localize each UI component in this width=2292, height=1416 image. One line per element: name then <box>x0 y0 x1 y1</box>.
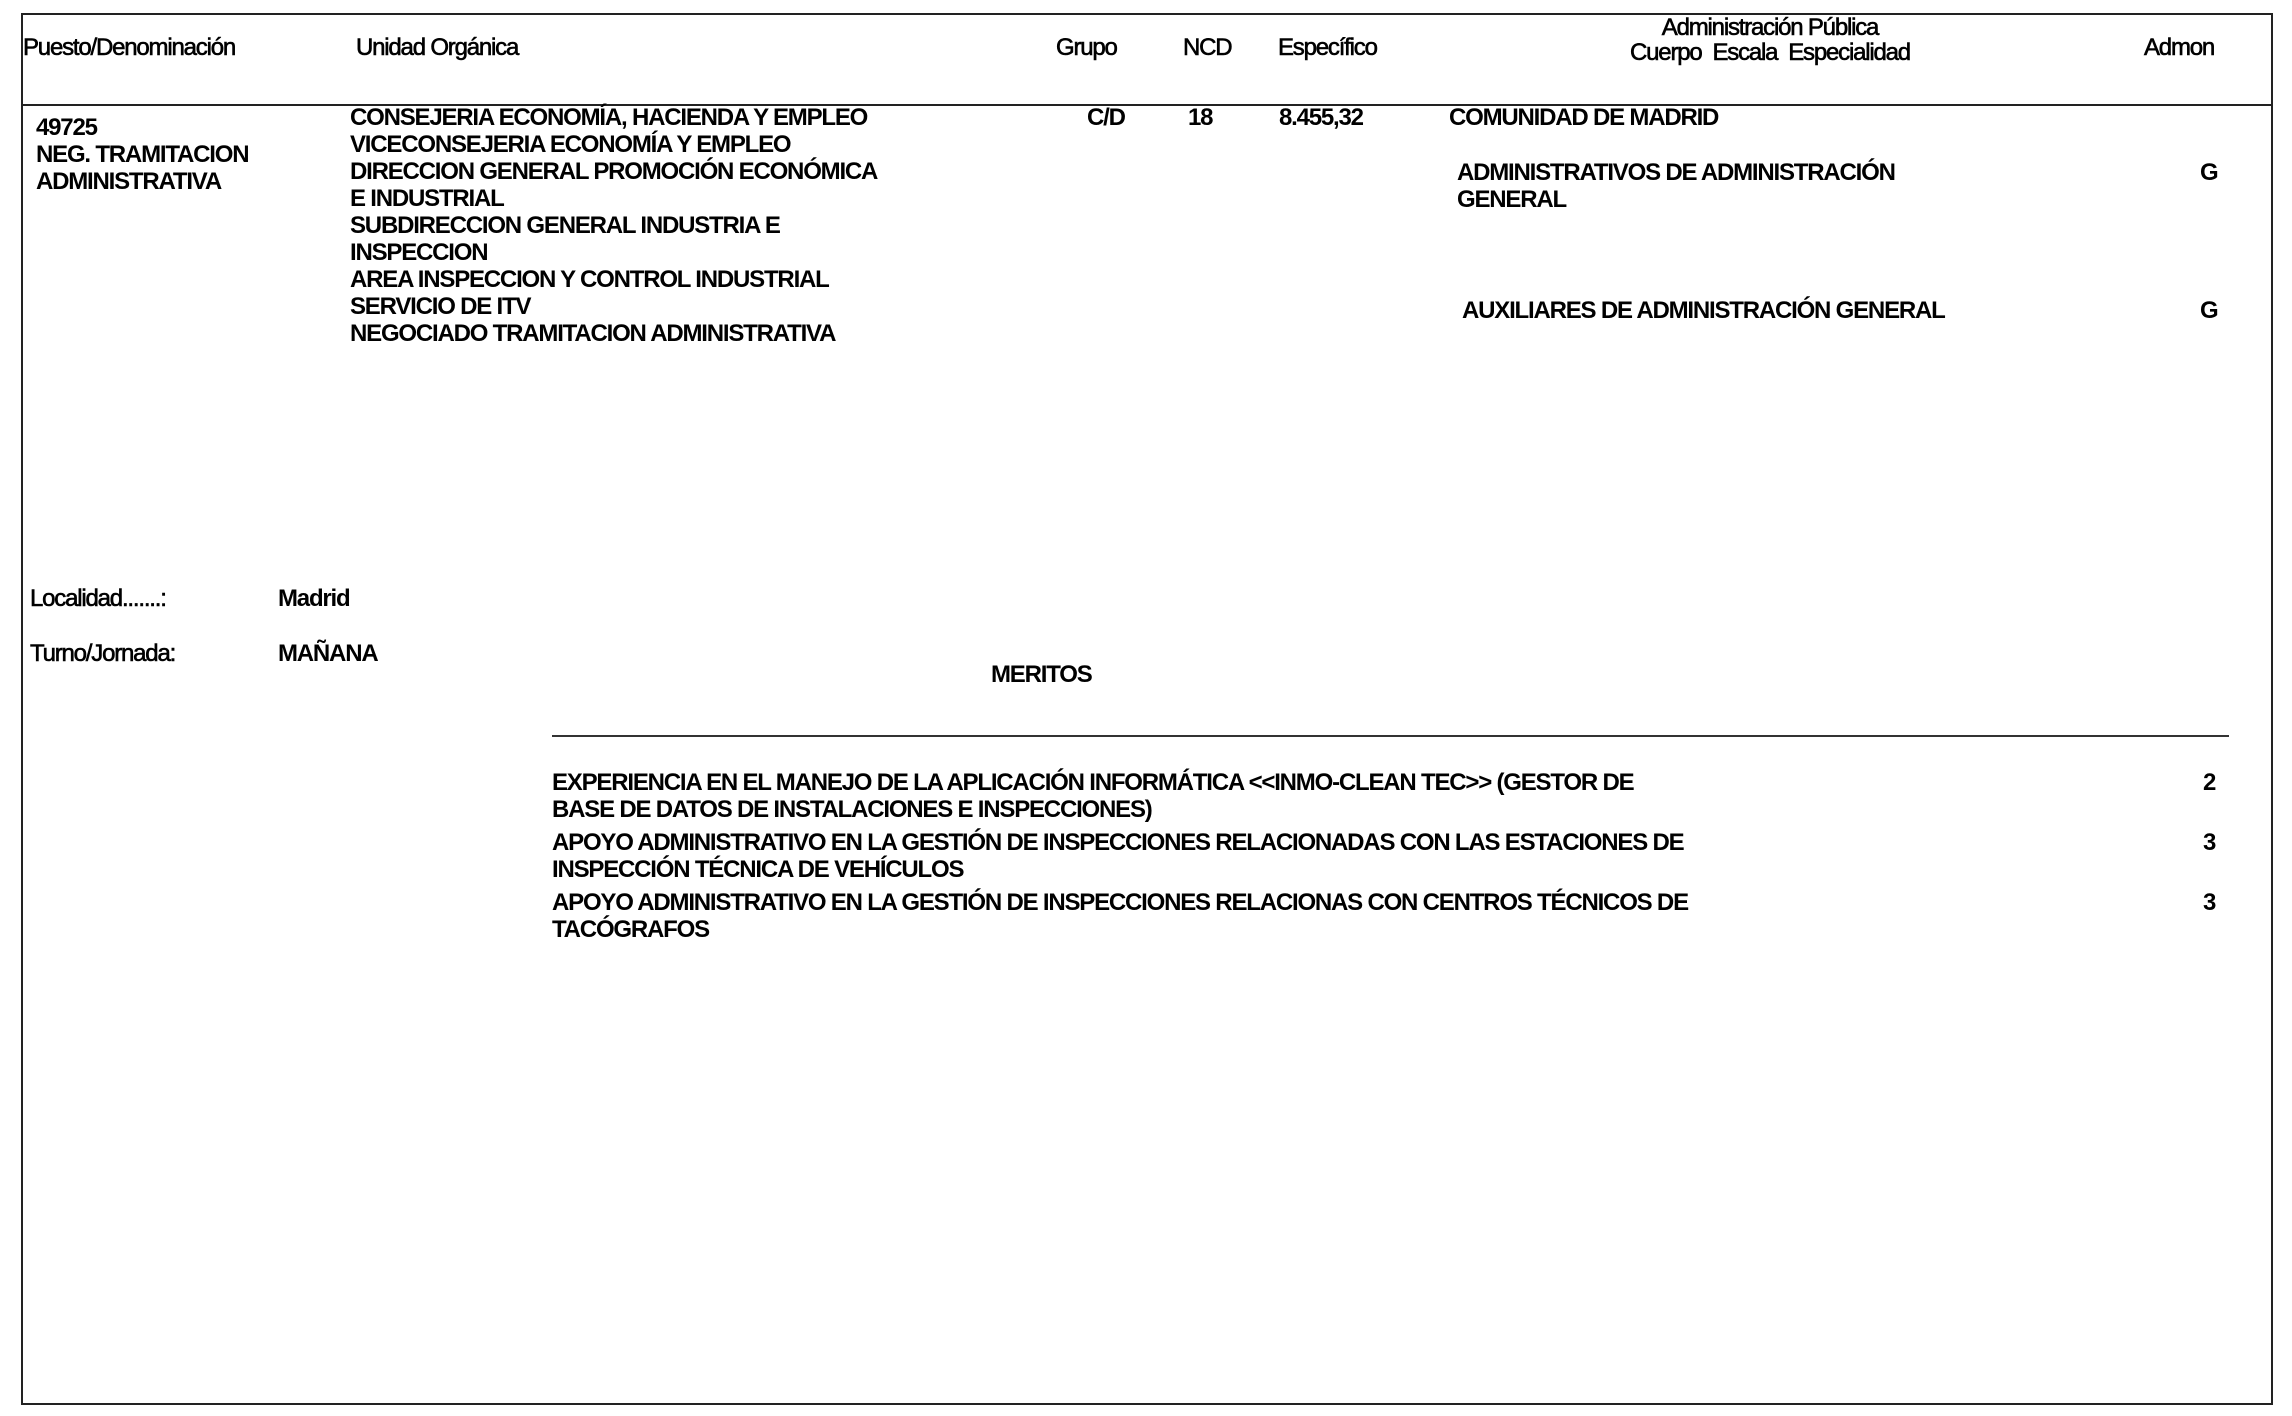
denominacion-line: ADMINISTRATIVA <box>36 168 248 195</box>
header-ncd: NCD <box>1183 34 1231 61</box>
unidad-line: SUBDIRECCION GENERAL INDUSTRIA E <box>350 212 877 239</box>
header-grupo: Grupo <box>1056 34 1117 61</box>
cuerpo-line: GENERAL <box>1457 186 1895 213</box>
unidad-line: E INDUSTRIAL <box>350 185 877 212</box>
puesto-denominacion: NEG. TRAMITACION ADMINISTRATIVA <box>36 141 248 195</box>
merito-puntos: 2 <box>2203 769 2215 796</box>
header-administracion-line2: Cuerpo Escala Especialidad <box>1580 39 1960 66</box>
turno-value: MAÑANA <box>278 640 377 667</box>
merito-line: APOYO ADMINISTRATIVO EN LA GESTIÓN DE IN… <box>552 889 1688 916</box>
unidad-line: DIRECCION GENERAL PROMOCIÓN ECONÓMICA <box>350 158 877 185</box>
merito-item: EXPERIENCIA EN EL MANEJO DE LA APLICACIÓ… <box>552 769 1633 823</box>
especifico-value: 8.455,32 <box>1279 104 1363 131</box>
header-administracion: Administración Pública Cuerpo Escala Esp… <box>1580 14 1960 66</box>
merito-line: APOYO ADMINISTRATIVO EN LA GESTIÓN DE IN… <box>552 829 1683 856</box>
unidad-line: CONSEJERIA ECONOMÍA, HACIENDA Y EMPLEO <box>350 104 877 131</box>
localidad-label: Localidad.......: <box>30 585 166 612</box>
grupo-value: C/D <box>1087 104 1125 131</box>
merito-puntos: 3 <box>2203 889 2215 916</box>
merito-line: TACÓGRAFOS <box>552 916 1688 943</box>
unidad-line: AREA INSPECCION Y CONTROL INDUSTRIAL <box>350 266 877 293</box>
header-administracion-line1: Administración Pública <box>1580 14 1960 41</box>
merito-line: INSPECCIÓN TÉCNICA DE VEHÍCULOS <box>552 856 1683 883</box>
administracion-value: COMUNIDAD DE MADRID <box>1449 104 1718 131</box>
unidad-line: SERVICIO DE ITV <box>350 293 877 320</box>
merito-puntos: 3 <box>2203 829 2215 856</box>
merito-line: BASE DE DATOS DE INSTALACIONES E INSPECC… <box>552 796 1633 823</box>
unidad-line: INSPECCION <box>350 239 877 266</box>
cuerpo-line: ADMINISTRATIVOS DE ADMINISTRACIÓN <box>1457 159 1895 186</box>
ncd-value: 18 <box>1188 104 1212 131</box>
unidad-line: NEGOCIADO TRAMITACION ADMINISTRATIVA <box>350 320 877 347</box>
denominacion-line: NEG. TRAMITACION <box>36 141 248 168</box>
puesto-codigo: 49725 <box>36 114 97 141</box>
meritos-divider <box>552 735 2229 737</box>
cuerpo-2-admon: G <box>2200 297 2217 324</box>
merito-item: APOYO ADMINISTRATIVO EN LA GESTIÓN DE IN… <box>552 889 1688 943</box>
merito-item: APOYO ADMINISTRATIVO EN LA GESTIÓN DE IN… <box>552 829 1683 883</box>
cuerpo-1: ADMINISTRATIVOS DE ADMINISTRACIÓN GENERA… <box>1457 159 1895 213</box>
cuerpo-1-admon: G <box>2200 159 2217 186</box>
header-admon: Admon <box>2144 34 2214 61</box>
localidad-value: Madrid <box>278 585 349 612</box>
header-unidad: Unidad Orgánica <box>356 34 518 61</box>
cuerpo-line: AUXILIARES DE ADMINISTRACIÓN GENERAL <box>1462 297 1945 324</box>
header-especifico: Específico <box>1278 34 1377 61</box>
unidad-line: VICECONSEJERIA ECONOMÍA Y EMPLEO <box>350 131 877 158</box>
merito-line: EXPERIENCIA EN EL MANEJO DE LA APLICACIÓ… <box>552 769 1633 796</box>
unidad-organica: CONSEJERIA ECONOMÍA, HACIENDA Y EMPLEO V… <box>350 104 877 347</box>
cuerpo-2: AUXILIARES DE ADMINISTRACIÓN GENERAL <box>1462 297 1945 324</box>
meritos-title: MERITOS <box>991 661 1092 688</box>
header-puesto: Puesto/Denominación <box>23 34 235 61</box>
turno-label: Turno/Jornada: <box>30 640 175 667</box>
